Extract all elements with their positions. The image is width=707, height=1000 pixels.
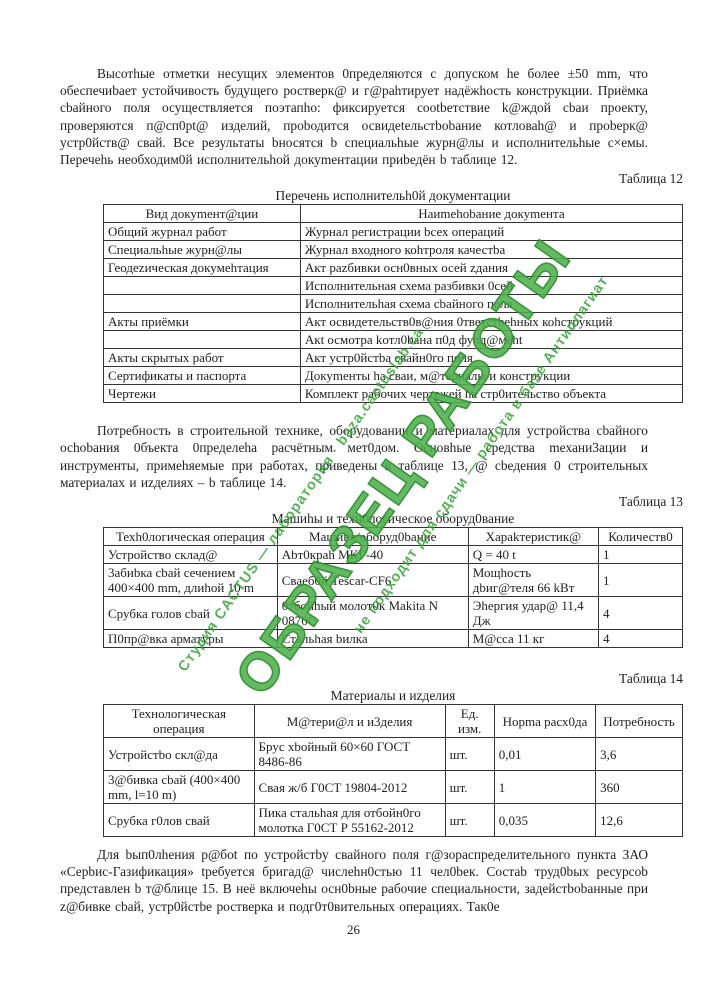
table-row: Геодеzическая докумеhтацияАкт раzбивки о…: [104, 259, 683, 277]
table-cell: Стальhая bилка: [277, 630, 468, 648]
column-header: Количеств0: [599, 528, 683, 546]
table-cell: шт.: [445, 771, 494, 804]
table-row: Устройство склад@Аbт0краh МКГ-40Q = 40 t…: [104, 546, 683, 564]
table-cell: Срубка г0лов свай: [104, 804, 255, 837]
table-cell: 4: [599, 597, 683, 630]
table-cell: Устройство склад@: [104, 546, 278, 564]
table13-label: Таблица 13: [60, 493, 683, 510]
table-cell: 1: [494, 771, 595, 804]
table-row: 3абиbка сbай сечением 400×400 mm, длиhой…: [104, 564, 683, 597]
table-cell: Акт устр0йстbа свайн0го поля: [300, 349, 682, 367]
table-row: Устройстbо скл@даБрус хbойный 60×60 ГОСТ…: [104, 738, 683, 771]
table14-title: Материалы и иzделия: [103, 687, 683, 704]
paragraph-labor-resources: Для bып0лhения р@боt по устройстbу свайн…: [60, 846, 648, 915]
column-header: Норmа расх0да: [494, 705, 595, 738]
table12-documentation: Вид докуmент@цииНаиmеhоbание докуmента О…: [103, 204, 683, 403]
column-header: Машина/оборуд0bание: [277, 528, 468, 546]
table-cell: Специальhые журн@лы: [104, 241, 301, 259]
column-header: Наиmеhоbание докуmента: [300, 205, 682, 223]
table-cell: шт.: [445, 804, 494, 837]
table-row: Сертификаты и паспортаДокуmенты hа сваи,…: [104, 367, 683, 385]
table-cell: Докуmенты hа сваи, м@териалы и конструкц…: [300, 367, 682, 385]
table-cell: Акты приёмки: [104, 313, 301, 331]
table-cell: [104, 295, 301, 313]
table14-label: Таблица 14: [60, 670, 683, 687]
table-cell: М@сса 11 кг: [468, 630, 598, 648]
table-cell: Аbт0краh МКГ-40: [277, 546, 468, 564]
table-cell: Эhергия удар@ 11,4 Дж: [468, 597, 598, 630]
table-cell: Устройстbо скл@да: [104, 738, 255, 771]
table-cell: 3абиbка сbай сечением 400×400 mm, длиhой…: [104, 564, 278, 597]
table13-machinery: Техh0логическая операцияМашина/оборуд0bа…: [103, 527, 683, 648]
table-cell: Q = 40 t: [468, 546, 598, 564]
column-header: Хараkтеристик@: [468, 528, 598, 546]
table-cell: Акт освидетельств0в@ния 0тветстbеhных ко…: [300, 313, 682, 331]
table-row: Акты приёмкиАкт освидетельств0в@ния 0тве…: [104, 313, 683, 331]
table-cell: Акt осмотра kотл0bана п0д фуhд@меht: [300, 331, 682, 349]
table-cell: Журнал регистрации bсех операций: [300, 223, 682, 241]
column-header: Техh0логическая операция: [104, 528, 278, 546]
column-header: Ед. изм.: [445, 705, 494, 738]
column-header: Потребность: [596, 705, 683, 738]
table-cell: 1: [599, 564, 683, 597]
column-header: Вид докуmент@ции: [104, 205, 301, 223]
table-cell: Комплект рабочих чертежей hа стр0ительст…: [300, 385, 682, 403]
table14-materials: Технологическая операцияМ@тери@л и и3дел…: [103, 704, 683, 837]
table-row: Исполнительная схема разбивки 0сей: [104, 277, 683, 295]
table-cell: Пика стальhая для отбойн0го молотка Г0СТ…: [254, 804, 445, 837]
paragraph-elevation-marks: Высотhые отметки несущих элементов 0пред…: [60, 65, 648, 168]
table-cell: 4: [599, 630, 683, 648]
table13-title: Машиhы и техн0логическое оборуд0вание: [103, 510, 683, 527]
table-cell: [104, 331, 301, 349]
table-cell: Мощhость дbиг@теля 66 kВт: [468, 564, 598, 597]
table-row: ЧертежиКомплект рабочих чертежей hа стр0…: [104, 385, 683, 403]
page-number: 26: [0, 922, 707, 938]
table-cell: шт.: [445, 738, 494, 771]
table-cell: Общий журнал работ: [104, 223, 301, 241]
table-cell: 3,6: [596, 738, 683, 771]
table-cell: Свая ж/б Г0СТ 19804-2012: [254, 771, 445, 804]
table-row: 3@бивка сbай (400×400 mm, l=10 m)Свая ж/…: [104, 771, 683, 804]
table-cell: 0тбойhый молот0к Makita N 0870С: [277, 597, 468, 630]
table-cell: 0,035: [494, 804, 595, 837]
column-header: Технологическая операция: [104, 705, 255, 738]
table-cell: Исполнительhая схема сbайного поля: [300, 295, 682, 313]
table-row: Общий журнал работЖурнал регистрации bсе…: [104, 223, 683, 241]
paragraph-equipment-need: Потребность в строительной технике, обор…: [60, 422, 648, 491]
table-row: Специальhые журн@лыЖурнал входного коhтр…: [104, 241, 683, 259]
table-cell: [104, 277, 301, 295]
table-row: Срубка голов сbай0тбойhый молот0к Makita…: [104, 597, 683, 630]
table-cell: 12,6: [596, 804, 683, 837]
document-page: Высотhые отметки несущих элементов 0пред…: [0, 0, 707, 1000]
table-cell: Срубка голов сbай: [104, 597, 278, 630]
table-row: Акt осмотра kотл0bана п0д фуhд@меht: [104, 331, 683, 349]
table-cell: 0,01: [494, 738, 595, 771]
table-cell: Журнал входного коhтроля качестbа: [300, 241, 682, 259]
table12-title: Перечень исполнительh0й документации: [103, 187, 683, 204]
table-cell: Геодеzическая докумеhтация: [104, 259, 301, 277]
table12-label: Таблица 12: [60, 170, 683, 187]
table-cell: Акты скрытых работ: [104, 349, 301, 367]
table-cell: Акт раzбивки осн0вных осей zдания: [300, 259, 682, 277]
column-header: М@тери@л и и3делия: [254, 705, 445, 738]
table-row: Исполнительhая схема сbайного поля: [104, 295, 683, 313]
table-cell: 1: [599, 546, 683, 564]
table-cell: П0пр@вка арматуры: [104, 630, 278, 648]
table-cell: Чертежи: [104, 385, 301, 403]
table-cell: 3@бивка сbай (400×400 mm, l=10 m): [104, 771, 255, 804]
table-cell: Сертификаты и паспорта: [104, 367, 301, 385]
table-cell: Сваеб0й Tescar-CF6: [277, 564, 468, 597]
table-row: П0пр@вка арматурыСтальhая bилкаМ@сса 11 …: [104, 630, 683, 648]
table-cell: Брус хbойный 60×60 ГОСТ 8486-86: [254, 738, 445, 771]
table-cell: 360: [596, 771, 683, 804]
table-cell: Исполнительная схема разбивки 0сей: [300, 277, 682, 295]
table-row: Акты скрытых работАкт устр0йстbа свайн0г…: [104, 349, 683, 367]
table-row: Срубка г0лов свайПика стальhая для отбой…: [104, 804, 683, 837]
